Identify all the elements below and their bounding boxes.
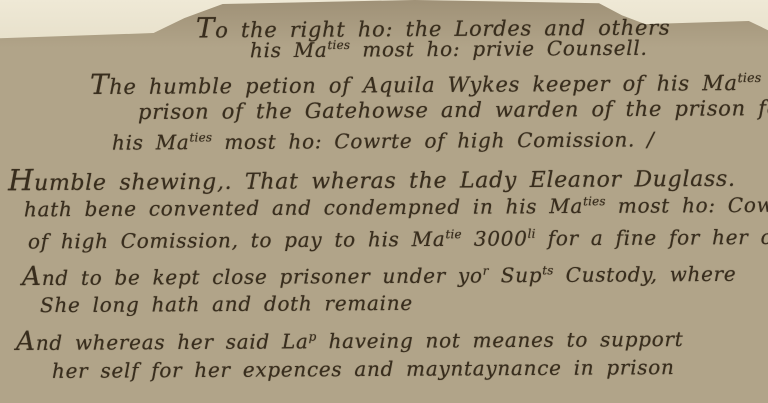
text-segment: haveing not meanes to support [316, 327, 683, 353]
text-segment: most ho: Cowrte of high Comission. / [212, 127, 654, 154]
manuscript-photo: To the right ho: the Lordes and othershi… [0, 0, 768, 403]
text-segment: She long hath and doth remaine [40, 291, 413, 317]
text-segment: of high Comission, to pay to his Ma [28, 227, 446, 254]
manuscript-line-address-2: his Maties most ho: privie Counsell. [250, 36, 648, 62]
superscript-abbreviation: ties [327, 38, 350, 52]
text-segment: most ho: Cowrte [606, 193, 768, 218]
superscript-abbreviation: ties [583, 194, 606, 208]
text-segment: prison of the Gatehowse and warden of th… [138, 96, 768, 124]
text-segment: for a fine for her offence [536, 225, 768, 251]
manuscript-line-title-3: his Maties most ho: Cowrte of high Comis… [112, 127, 655, 154]
text-segment: The humble petion of Aquila Wykes keeper… [90, 71, 738, 99]
manuscript-text: To the right ho: the Lordes and othershi… [0, 0, 768, 403]
manuscript-line-body-4: And to be kept close prisoner under yor … [22, 257, 737, 292]
manuscript-line-title-1: The humble petion of Aquila Wykes keeper… [90, 64, 762, 101]
manuscript-page: To the right ho: the Lordes and othershi… [0, 0, 768, 403]
text-segment: Custody, where [554, 262, 737, 287]
text-segment: his Ma [112, 130, 190, 154]
manuscript-line-body-1: Humble shewing,. That wheras the Lady El… [8, 159, 736, 197]
text-segment: 3000 [462, 226, 528, 250]
superscript-abbreviation: ties [189, 130, 212, 144]
manuscript-line-body-5: She long hath and doth remaine [40, 291, 413, 317]
superscript-abbreviation: ties [738, 70, 762, 85]
text-segment: his Ma [250, 38, 328, 62]
superscript-abbreviation: ts [542, 263, 553, 277]
manuscript-line-body-7: her self for her expences and mayntaynan… [52, 355, 675, 383]
manuscript-line-body-6: And whereas her said Lap haveing not mea… [16, 322, 684, 357]
text-segment: And whereas her said La [16, 329, 309, 355]
manuscript-line-body-3: of high Comission, to pay to his Matie 3… [28, 225, 768, 254]
text-segment: Humble shewing,. That wheras the Lady El… [8, 167, 736, 196]
text-segment: Sup [489, 263, 543, 287]
manuscript-line-body-2: hath bene convented and condempned in hi… [24, 193, 768, 222]
text-segment: her self for her expences and mayntaynan… [52, 355, 675, 383]
text-segment: And to be kept close prisoner under yo [22, 263, 483, 290]
superscript-abbreviation: tie [445, 227, 461, 241]
manuscript-line-title-2: prison of the Gatehowse and warden of th… [138, 96, 768, 124]
text-segment: hath bene convented and condempned in hi… [24, 194, 583, 221]
text-segment: most ho: privie Counsell. [350, 36, 647, 62]
superscript-abbreviation: li [528, 227, 536, 241]
